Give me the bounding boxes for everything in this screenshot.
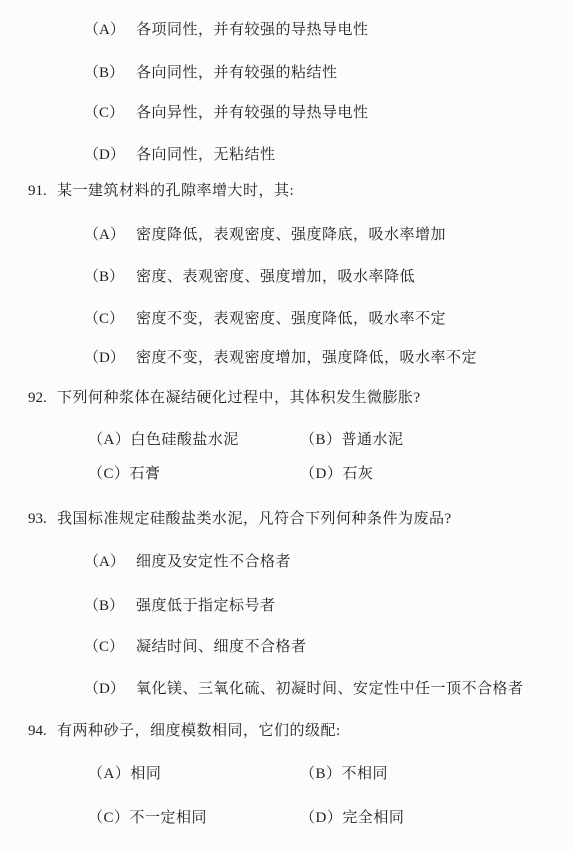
options-92-row-1: （A）白色硅酸盐水泥 （B）普通水泥 [88,432,404,449]
option-text: 强度低于指定标号者 [136,598,276,614]
option-92-a: （A）白色硅酸盐水泥 [88,432,300,449]
option-letter: （A） [84,227,136,244]
options-92-row-2: （C）石膏 （D）石灰 [88,466,373,483]
option-94-c: （C）不一定相同 [88,810,300,827]
option-letter: （D） [84,681,136,698]
option-93-d: （D）氧化镁、三氧化硫、初凝时间、安定性中任一顶不合格者 [84,681,524,698]
option-91-c: （C）密度不变，表观密度、强度降低，吸水率不定 [84,311,446,328]
option-text: 各向同性，无粘结性 [136,147,276,163]
option-letter: （C） [84,311,136,328]
question-number: 92. [28,390,57,407]
option-letter: （D） [300,466,342,482]
option-letter: （D） [84,147,136,164]
option-92-d: （D）石灰 [300,466,373,483]
option-text: 各向异性，并有较强的导热导电性 [136,105,369,121]
option-text: 不一定相同 [130,810,208,826]
option-letter: （A） [84,22,136,39]
option-text: 密度、表观密度、强度增加，吸水率降低 [136,269,415,285]
option-93-c: （C）凝结时间、细度不合格者 [84,639,307,656]
option-letter: （B） [84,269,136,286]
option-92-c: （C）石膏 [88,466,300,483]
exam-document-page: （A）各项同性，并有较强的导热导电性 （B）各向同性，并有较强的粘结性 （C）各… [0,0,574,850]
option-text: 石膏 [130,466,161,482]
option-94-d: （D）完全相同 [300,810,404,827]
option-letter: （B） [300,766,342,782]
option-text: 完全相同 [342,810,404,826]
options-94-row-1: （A）相同 （B）不相同 [88,766,388,783]
option-text: 石灰 [342,466,373,482]
question-number: 91. [28,183,57,200]
option-93-b: （B）强度低于指定标号者 [84,598,276,615]
option-letter: （D） [300,810,342,826]
question-text: 我国标准规定硅酸盐类水泥，凡符合下列何种条件为废品? [57,511,452,527]
option-letter: （A） [88,766,130,782]
option-letter: （C） [88,466,130,482]
option-letter: （C） [84,639,136,656]
option-92-b: （B）普通水泥 [300,432,404,449]
option-text: 凝结时间、细度不合格者 [136,639,307,655]
option-text: 各项同性，并有较强的导热导电性 [136,22,369,38]
option-text: 普通水泥 [342,432,404,448]
options-94-row-2: （C）不一定相同 （D）完全相同 [88,810,404,827]
option-letter: （C） [88,810,130,826]
option-90-c: （C）各向异性，并有较强的导热导电性 [84,105,369,122]
question-93: 93.我国标准规定硅酸盐类水泥，凡符合下列何种条件为废品? [28,511,452,528]
option-text: 密度不变，表观密度增加，强度降低，吸水率不定 [136,350,477,366]
question-94: 94.有两种砂子，细度模数相同，它们的级配: [28,723,341,740]
option-text: 相同 [130,766,161,782]
option-letter: （B） [84,598,136,615]
option-90-d: （D）各向同性，无粘结性 [84,147,276,164]
option-text: 密度不变，表观密度、强度降低，吸水率不定 [136,311,446,327]
option-letter: （D） [84,350,136,367]
question-number: 93. [28,511,57,528]
option-94-a: （A）相同 [88,766,300,783]
question-92: 92.下列何种浆体在凝结硬化过程中，其体积发生微膨胀? [28,390,421,407]
option-letter: （B） [300,432,342,448]
option-letter: （A） [84,554,136,571]
option-text: 不相同 [342,766,389,782]
option-91-a: （A）密度降低，表观密度、强度降底，吸水率增加 [84,227,446,244]
question-text: 某一建筑材料的孔隙率增大时，其: [57,183,294,199]
option-letter: （C） [84,105,136,122]
option-letter: （B） [84,65,136,82]
option-90-a: （A）各项同性，并有较强的导热导电性 [84,22,369,39]
question-text: 有两种砂子，细度模数相同，它们的级配: [57,723,341,739]
option-91-b: （B）密度、表观密度、强度增加，吸水率降低 [84,269,415,286]
option-93-a: （A）细度及安定性不合格者 [84,554,291,571]
option-90-b: （B）各向同性，并有较强的粘结性 [84,65,338,82]
option-text: 白色硅酸盐水泥 [130,432,239,448]
option-letter: （A） [88,432,130,448]
option-text: 氧化镁、三氧化硫、初凝时间、安定性中任一顶不合格者 [136,681,524,697]
question-91: 91.某一建筑材料的孔隙率增大时，其: [28,183,294,200]
question-text: 下列何种浆体在凝结硬化过程中，其体积发生微膨胀? [57,390,421,406]
option-94-b: （B）不相同 [300,766,388,783]
option-text: 各向同性，并有较强的粘结性 [136,65,338,81]
option-91-d: （D）密度不变，表观密度增加，强度降低，吸水率不定 [84,350,477,367]
option-text: 细度及安定性不合格者 [136,554,291,570]
option-text: 密度降低，表观密度、强度降底，吸水率增加 [136,227,446,243]
question-number: 94. [28,723,57,740]
